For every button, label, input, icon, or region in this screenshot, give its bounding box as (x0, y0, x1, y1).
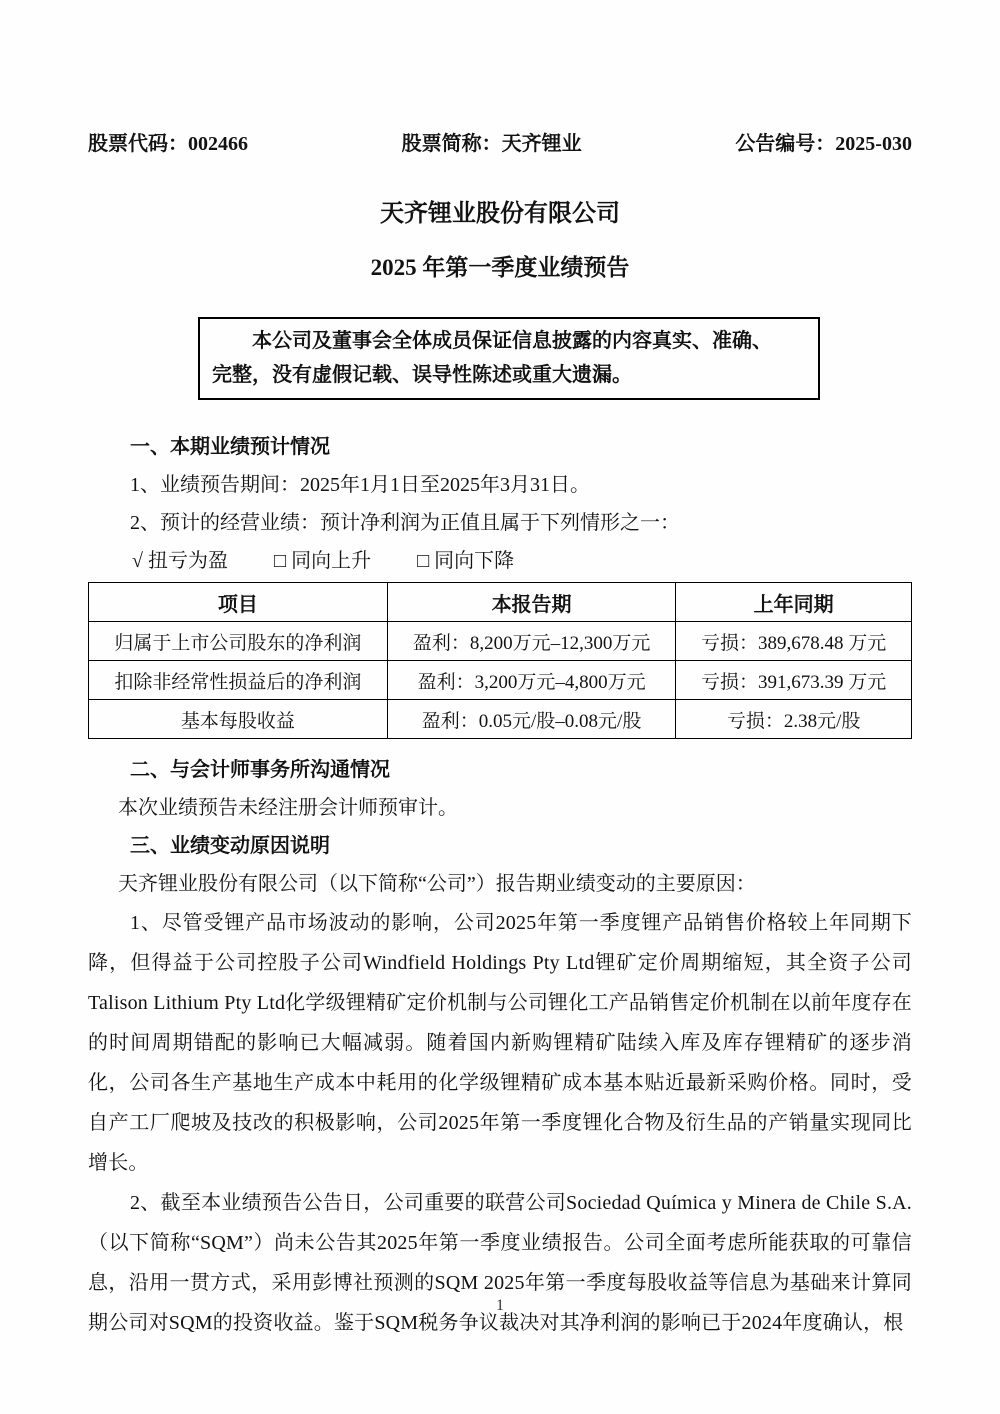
table-cell: 盈利：8,200万元–12,300万元 (387, 622, 675, 661)
table-cell: 扣除非经常性损益后的净利润 (89, 661, 388, 700)
option-turnaround-label: 扭亏为盈 (148, 542, 228, 580)
table-cell: 归属于上市公司股东的净利润 (89, 622, 388, 661)
page-number: 1 (0, 1297, 1000, 1315)
option-turnaround: √ 扭亏为盈 (132, 542, 228, 580)
document-header-row: 股票代码：002466 股票简称：天齐锂业 公告编号：2025-030 (88, 132, 912, 156)
disclaimer-text-line1: 本公司及董事会全体成员保证信息披露的内容真实、准确、 (212, 324, 806, 358)
option-up-label: 同向上升 (291, 542, 371, 580)
forecast-period-line: 1、业绩预告期间：2025年1月1日至2025年3月31日。 (88, 466, 912, 504)
section2-heading: 二、与会计师事务所沟通情况 (88, 751, 912, 789)
section3-paragraph2: 2、截至本业绩预告公告日，公司重要的联营公司Sociedad Química y… (88, 1183, 912, 1343)
table-cell: 亏损：2.38元/股 (676, 700, 912, 739)
section2-body: 本次业绩预告未经注册会计师预审计。 (88, 789, 912, 827)
table-header-item: 项目 (89, 583, 388, 622)
table-row-net-profit: 归属于上市公司股东的净利润 盈利：8,200万元–12,300万元 亏损：389… (89, 622, 912, 661)
table-cell: 盈利：0.05元/股–0.08元/股 (387, 700, 675, 739)
checkbox-empty-icon: □ (274, 542, 286, 580)
table-cell: 亏损：391,673.39 万元 (676, 661, 912, 700)
checkbox-empty-icon: □ (417, 542, 429, 580)
option-same-direction-down: □ 同向下降 (417, 542, 514, 580)
section3-paragraph1: 1、尽管受锂产品市场波动的影响，公司2025年第一季度锂产品销售价格较上年同期下… (88, 903, 912, 1183)
performance-forecast-table: 项目 本报告期 上年同期 归属于上市公司股东的净利润 盈利：8,200万元–12… (88, 582, 912, 739)
table-header-current-period: 本报告期 (387, 583, 675, 622)
table-cell: 盈利：3,200万元–4,800万元 (387, 661, 675, 700)
announcement-document-page: 股票代码：002466 股票简称：天齐锂业 公告编号：2025-030 天齐锂业… (0, 0, 1000, 1414)
table-row-basic-eps: 基本每股收益 盈利：0.05元/股–0.08元/股 亏损：2.38元/股 (89, 700, 912, 739)
option-down-label: 同向下降 (434, 542, 514, 580)
option-same-direction-up: □ 同向上升 (274, 542, 371, 580)
table-header-row: 项目 本报告期 上年同期 (89, 583, 912, 622)
table-header-prior-period: 上年同期 (676, 583, 912, 622)
table-cell: 亏损：389,678.48 万元 (676, 622, 912, 661)
table-row-net-profit-excl-nonrecurring: 扣除非经常性损益后的净利润 盈利：3,200万元–4,800万元 亏损：391,… (89, 661, 912, 700)
check-mark-icon: √ (132, 542, 143, 580)
stock-name-text: 股票简称：天齐锂业 (402, 132, 582, 156)
section3-intro: 天齐锂业股份有限公司（以下简称“公司”）报告期业绩变动的主要原因： (88, 865, 912, 903)
disclaimer-box: 本公司及董事会全体成员保证信息披露的内容真实、准确、 完整，没有虚假记载、误导性… (198, 317, 820, 400)
stock-code-text: 股票代码：002466 (88, 132, 248, 156)
expected-performance-line: 2、预计的经营业绩：预计净利润为正值且属于下列情形之一： (88, 504, 912, 542)
company-title: 天齐锂业股份有限公司 (88, 200, 912, 228)
section3-heading: 三、业绩变动原因说明 (88, 827, 912, 865)
disclaimer-text-line2: 完整，没有虚假记载、误导性陈述或重大遗漏。 (212, 358, 806, 392)
table-cell: 基本每股收益 (89, 700, 388, 739)
section1-heading: 一、本期业绩预计情况 (88, 428, 912, 466)
announcement-number-text: 公告编号：2025-030 (735, 132, 912, 156)
performance-type-options: √ 扭亏为盈 □ 同向上升 □ 同向下降 (88, 542, 912, 580)
report-title: 2025 年第一季度业绩预告 (88, 254, 912, 281)
